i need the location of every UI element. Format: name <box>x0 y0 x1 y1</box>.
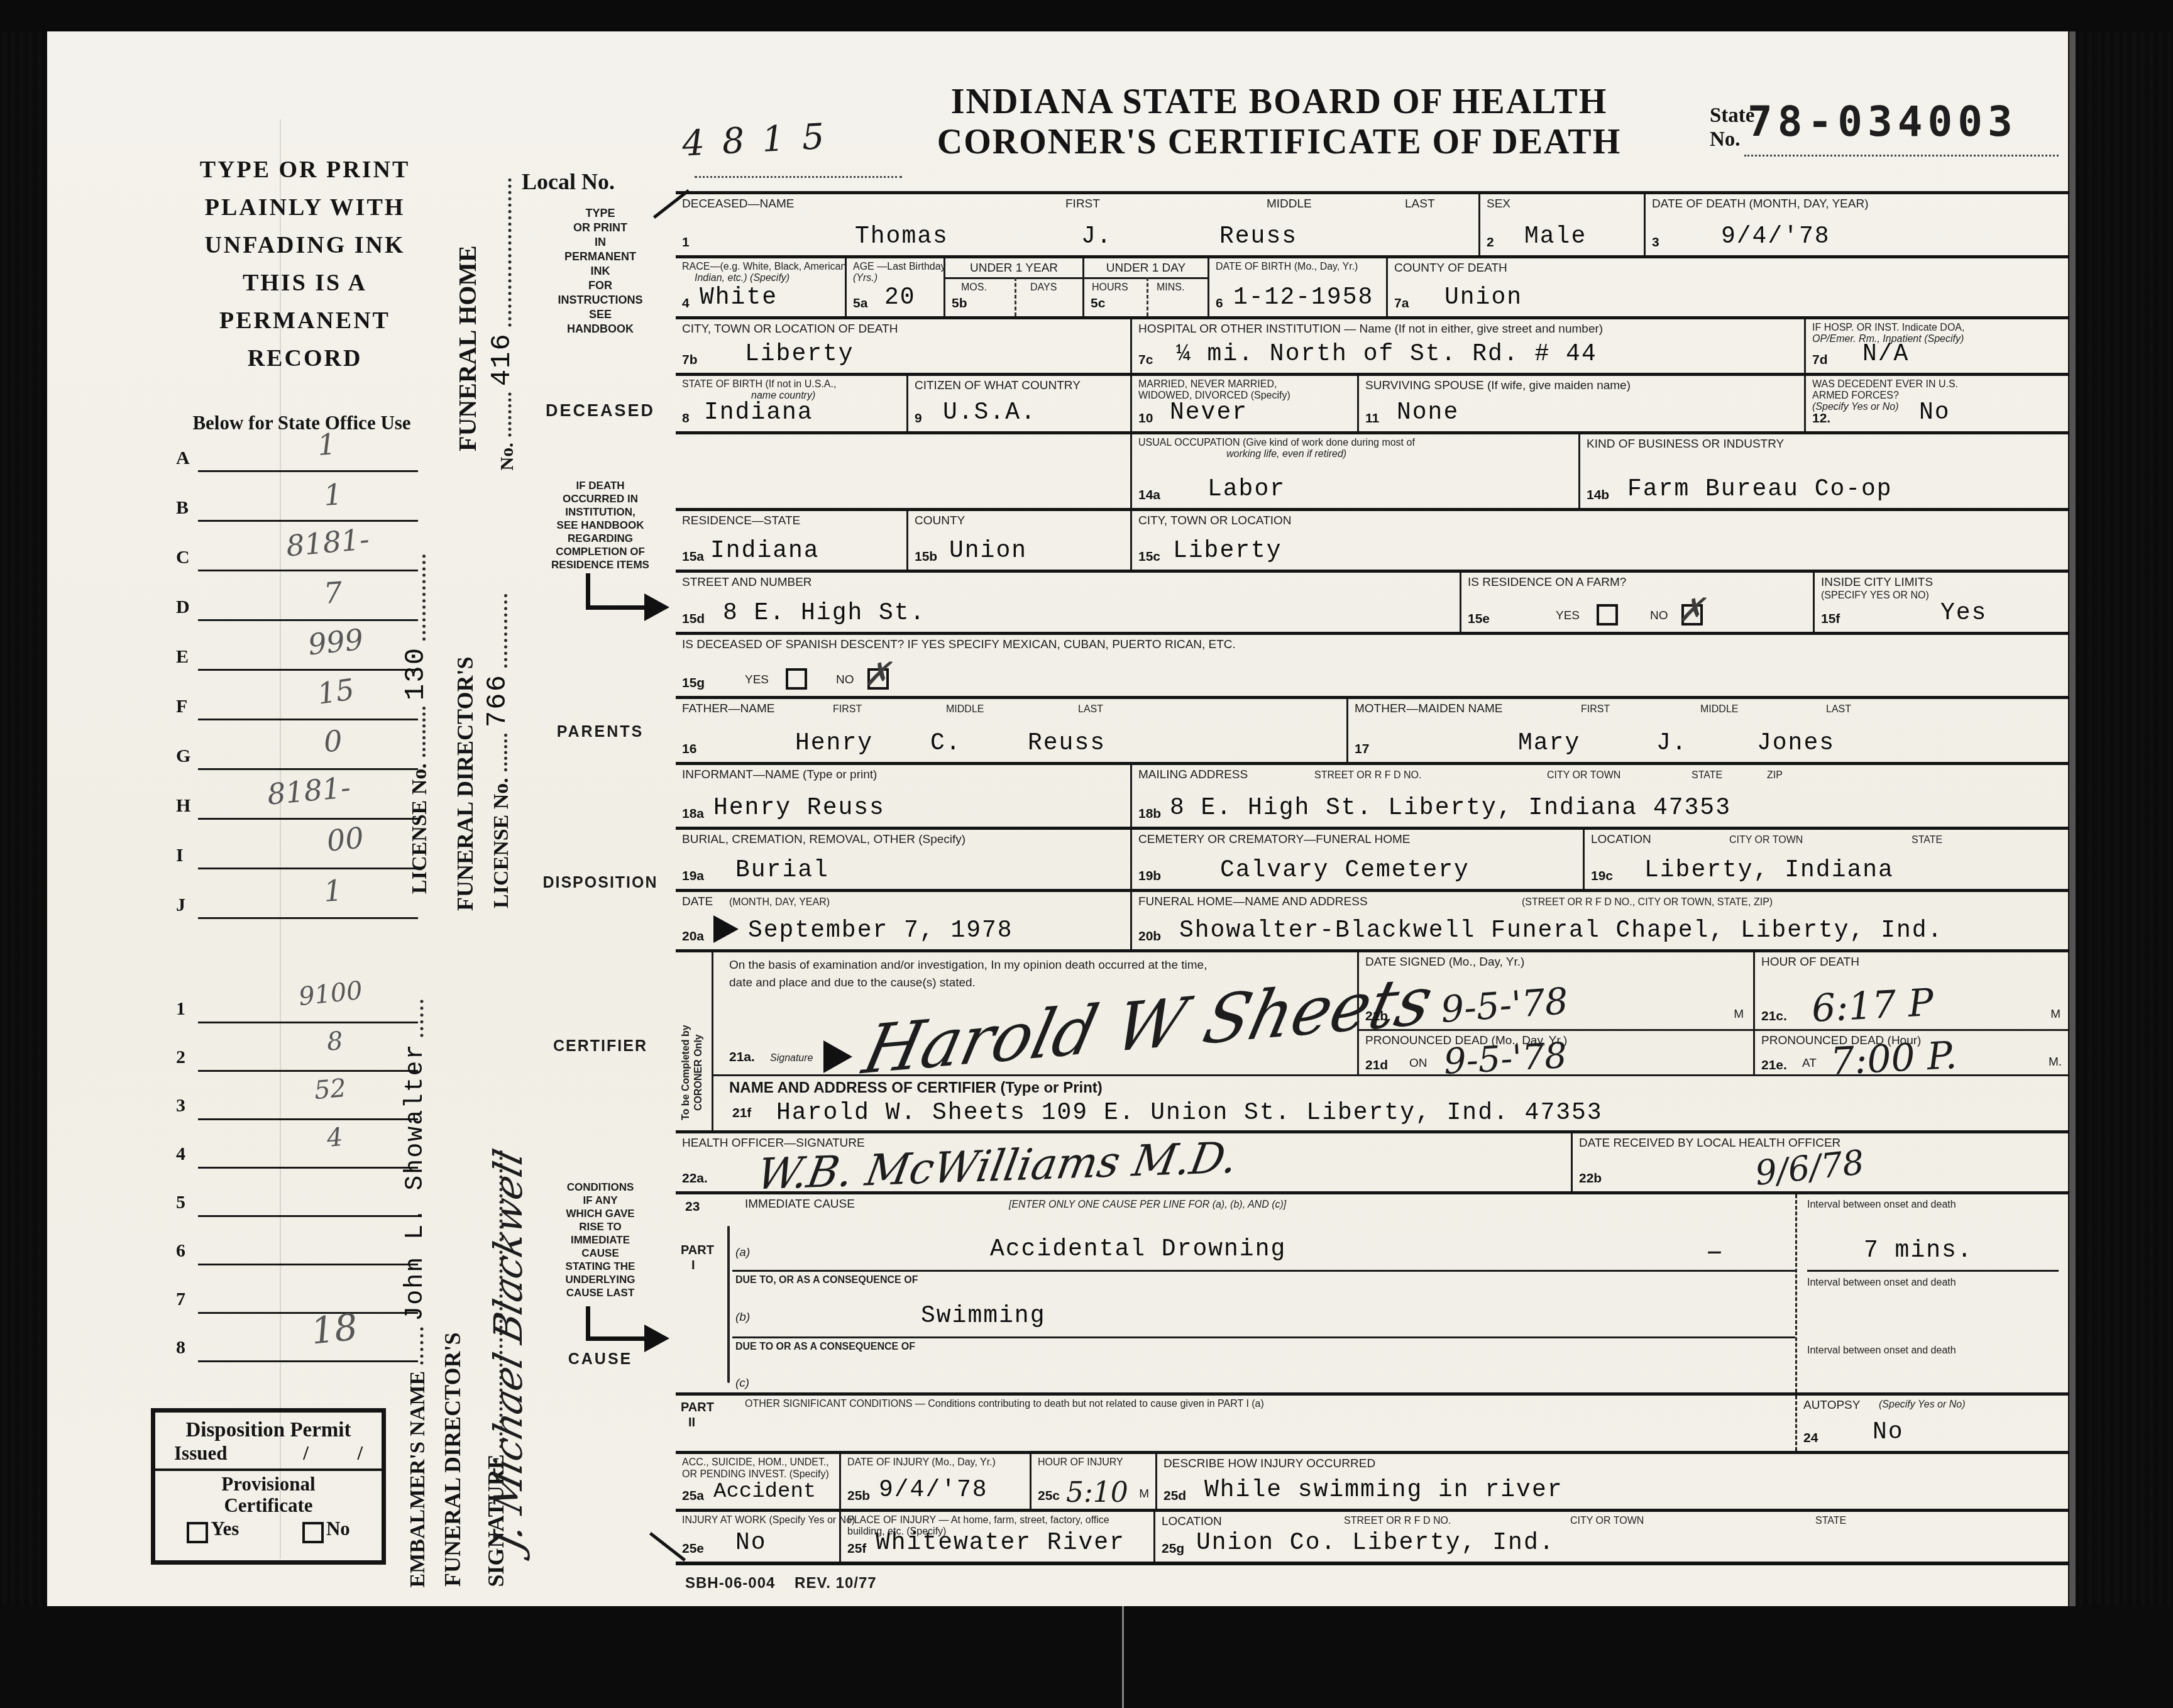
page-title: INDIANA STATE BOARD OF HEALTH CORONER'S … <box>864 82 1694 162</box>
deceased-name-label: DECEASED—NAME <box>682 197 794 211</box>
coroner-strip-text: To be Completed by CORONER Only <box>680 1025 705 1120</box>
field-no: 10 <box>1138 411 1153 426</box>
spouse-value: None <box>1397 399 1459 426</box>
if-hosp-label: IF HOSP. OR INST. Indicate DOA, <box>1812 322 1964 334</box>
funeral-home-text: FUNERAL HOME <box>453 245 482 451</box>
funeral-home-no-label: No. <box>497 443 518 470</box>
license-no-value: 130 <box>400 647 432 700</box>
city-death-value: Liberty <box>745 341 854 368</box>
part2-roman: II <box>688 1416 695 1430</box>
letter-row-label: D <box>176 597 190 618</box>
field-place-of-injury: PLACE OF INJURY — At home, farm, street,… <box>839 1512 1153 1562</box>
field-no: 20a <box>682 929 704 944</box>
street-value: 8 E. High St. <box>723 600 925 627</box>
blank-cell <box>676 434 1130 508</box>
number-row-line <box>198 1070 418 1072</box>
residence-state-value: Indiana <box>710 537 820 565</box>
interval-a-value: 7 mins. <box>1864 1237 1973 1264</box>
side-type-print: TYPE OR PRINT IN PERMANENT INK FOR INSTR… <box>544 206 657 336</box>
location-label: LOCATION <box>1591 833 1651 847</box>
number-row-label: 7 <box>176 1289 185 1310</box>
field-hospital: HOSPITAL OR OTHER INSTITUTION — Name (If… <box>1130 319 1804 373</box>
location-value: Liberty, Indiana <box>1644 857 1894 884</box>
field-no: 15g <box>682 676 705 691</box>
conditions-arrow-stem <box>586 1306 590 1341</box>
number-row-label: 2 <box>176 1047 185 1068</box>
field-no: 7c <box>1138 353 1153 368</box>
row-informant: INFORMANT—NAME (Type or print) 18a Henry… <box>676 762 2068 827</box>
residence-city-value: Liberty <box>1173 537 1282 565</box>
if-death-arrow-icon <box>644 593 669 621</box>
certifier-statement2: date and place and due to the cause(s) s… <box>729 976 976 990</box>
field-mother-name: MOTHER—MAIDEN NAME FIRST MIDDLE LAST 17 … <box>1346 699 2068 762</box>
field-no: 17 <box>1355 742 1369 757</box>
age-label: AGE —Last Birthday <box>853 262 946 273</box>
interval-label-a: Interval between onset and death <box>1807 1199 1956 1211</box>
field-no: 22a. <box>682 1171 708 1186</box>
deceased-middle: J. <box>1081 223 1113 250</box>
field-no: 14b <box>1587 488 1609 503</box>
interval-column-divider <box>1795 1194 1797 1392</box>
last-label: LAST <box>1405 197 1435 211</box>
sex-label: SEX <box>1487 197 1510 211</box>
hospital-value: ¼ mi. North of St. Rd. # 44 <box>1176 341 1597 368</box>
field-county-of-death: COUNTY OF DEATH 7a Union <box>1386 258 2068 316</box>
provisional-no-label: No <box>326 1518 350 1540</box>
letter-row-value: 1 <box>316 427 337 462</box>
field-no: 5c <box>1091 296 1105 311</box>
injury-date-label: DATE OF INJURY (Mo., Day, Yr.) <box>847 1457 996 1468</box>
letter-row-line <box>198 669 418 671</box>
letter-row-value: 15 <box>316 672 356 711</box>
field-no: 4 <box>682 296 690 311</box>
mother-last-label: LAST <box>1826 704 1851 715</box>
date-of-death-label: DATE OF DEATH (MONTH, DAY, YEAR) <box>1652 197 1869 211</box>
number-row-line <box>198 1167 418 1169</box>
injury-location-sub3: STATE <box>1815 1516 1846 1527</box>
fd-sig-label1-vertical: FUNERAL DIRECTOR'S <box>439 1304 466 1587</box>
row-part2: PART II OTHER SIGNIFICANT CONDITIONS — C… <box>676 1392 2068 1451</box>
hospital-label: HOSPITAL OR OTHER INSTITUTION — Name (If… <box>1138 322 1603 336</box>
occupation-label: USUAL OCCUPATION (Give kind of work done… <box>1138 438 1415 449</box>
cause-c-label: (c) <box>735 1377 749 1391</box>
mother-middle: J. <box>1656 730 1688 757</box>
hours-label: HOURS <box>1092 282 1128 294</box>
letter-row-value: 8181- <box>266 770 352 811</box>
citizen-value: U.S.A. <box>943 399 1037 426</box>
place-value: Whitewater River <box>876 1529 1125 1556</box>
injury-location-value: Union Co. Liberty, Ind. <box>1196 1529 1555 1556</box>
field-age: AGE —Last Birthday (Yrs.) 5a 20 <box>845 258 943 316</box>
side-certifier: CERTIFIER <box>528 1037 673 1055</box>
field-injury-location: LOCATION STREET OR R F D NO. CITY OR TOW… <box>1153 1512 2068 1562</box>
number-row-label: 4 <box>176 1143 185 1165</box>
race-label2: Indian, etc.) (Specify) <box>695 273 789 284</box>
certifier-name-value: Harold W. Sheets 109 E. Union St. Libert… <box>776 1099 1603 1127</box>
field-no: 2 <box>1487 235 1494 250</box>
field-no: 3 <box>1652 235 1659 250</box>
interval-label-b: Interval between onset and death <box>1807 1277 1956 1289</box>
field-father-name: FATHER—NAME FIRST MIDDLE LAST 16 Henry C… <box>676 699 1346 762</box>
date-of-death-value: 9/4/'78 <box>1721 223 1830 250</box>
date-signed-label: DATE SIGNED (Mo., Day, Yr.) <box>1365 956 1524 969</box>
father-first: Henry <box>795 730 873 757</box>
field-no: 15d <box>682 612 705 627</box>
injury-location-sub2: CITY OR TOWN <box>1570 1516 1644 1527</box>
field-date-of-birth: DATE OF BIRTH (Mo., Day, Yr.) 6 1-12-195… <box>1208 258 1386 316</box>
fd-sig-label1: FUNERAL DIRECTOR'S <box>439 1333 466 1587</box>
letter-row-line <box>198 520 418 522</box>
disposition-permit-box: Disposition Permit Issued / / Provisiona… <box>151 1408 386 1565</box>
field-no: 24 <box>1803 1431 1818 1446</box>
field-citizen: CITIZEN OF WHAT COUNTRY 9 U.S.A. <box>906 376 1130 431</box>
injury-location-sub1: STREET OR R F D NO. <box>1344 1516 1451 1527</box>
title-line2: CORONER'S CERTIFICATE OF DEATH <box>864 122 1694 162</box>
field-state-of-birth: STATE OF BIRTH (If not in U.S.A., name c… <box>676 376 906 431</box>
provisional-label1: Provisional <box>155 1474 382 1495</box>
part2-label: PART <box>681 1401 714 1415</box>
field-autopsy: AUTOPSY (Specify Yes or No) 24 No <box>1795 1396 2068 1451</box>
farm-label: IS RESIDENCE ON A FARM? <box>1468 576 1626 590</box>
number-row-label: 1 <box>176 998 185 1020</box>
mailing-sub3: STATE <box>1692 770 1722 781</box>
marital-value: Never <box>1170 399 1248 426</box>
letter-row-label: B <box>176 497 189 519</box>
field-no: 19a <box>682 869 704 884</box>
letter-row-value: 1 <box>322 873 343 908</box>
field-health-officer: HEALTH OFFICER—SIGNATURE 22a. W.B. McWil… <box>676 1133 1571 1191</box>
field-no: 22b <box>1579 1171 1602 1186</box>
father-first-label: FIRST <box>833 704 862 715</box>
field-no: 5b <box>952 296 967 311</box>
age-value: 20 <box>884 284 916 311</box>
forces-label: WAS DECEDENT EVER IN U.S. <box>1812 379 1958 390</box>
letter-row-label: J <box>176 895 185 916</box>
farm-no-label: NO <box>1650 609 1668 623</box>
field-no: 21d <box>1365 1058 1388 1073</box>
field-cemetery: CEMETERY OR CREMATORY—FUNERAL HOME 19b C… <box>1130 830 1583 889</box>
part1-brace <box>727 1226 730 1383</box>
date-arrow-icon <box>713 915 739 943</box>
field-no: 21b <box>1365 1009 1388 1024</box>
field-no: 15b <box>915 549 937 565</box>
disposition-date-label2: (MONTH, DAY, YEAR) <box>729 897 830 908</box>
disposition-date-label: DATE <box>682 895 713 909</box>
letter-row-line <box>198 619 418 621</box>
date-signed-value: 9-5-'78 <box>1439 979 1570 1031</box>
letter-row-value: 1 <box>322 477 343 512</box>
license-no-vertical: LICENSE No. 130 <box>404 548 432 894</box>
field-no: 25b <box>847 1489 870 1504</box>
field-street: STREET AND NUMBER 15d 8 E. High St. <box>676 573 1460 632</box>
cemetery-value: Calvary Cemetery <box>1220 857 1470 884</box>
burial-value: Burial <box>735 857 829 884</box>
number-row-label: 6 <box>176 1240 185 1262</box>
field-residence-county: COUNTY 15b Union <box>906 511 1130 570</box>
field-industry: KIND OF BUSINESS OR INDUSTRY 14b Farm Bu… <box>1578 434 2068 508</box>
state-no-line <box>1744 155 2059 157</box>
field-residence-state: RESIDENCE—STATE 15a Indiana <box>676 511 906 570</box>
number-row-value: 4 <box>326 1123 344 1153</box>
field-no: 14a <box>1138 488 1160 503</box>
industry-value: Farm Bureau Co-op <box>1627 476 1893 503</box>
due-to-label1: DUE TO, OR AS A CONSEQUENCE OF <box>735 1275 918 1286</box>
coroner-strip: To be Completed by CORONER Only <box>676 952 713 1130</box>
field-no: 15e <box>1468 612 1490 627</box>
field-hour-of-death: HOUR OF DEATH 21c. 6:17 P M <box>1753 952 2068 1029</box>
mos-label: MOS. <box>961 282 987 294</box>
field-no: 11 <box>1365 411 1379 426</box>
other-conditions-label: OTHER SIGNIFICANT CONDITIONS — Condition… <box>745 1399 1264 1410</box>
field-no: 19b <box>1138 869 1161 884</box>
field-race: RACE—(e.g. White, Black, American Indian… <box>676 258 845 316</box>
if-hosp-value: N/A <box>1862 341 1909 368</box>
field-residence-city: CITY, TOWN OR LOCATION 15c Liberty <box>1130 511 2068 570</box>
local-no-line <box>695 176 902 178</box>
scan-bottom-bar <box>0 1606 2173 1708</box>
cause-block: 23 IMMEDIATE CAUSE [ENTER ONLY ONE CAUSE… <box>676 1194 2068 1392</box>
number-row-label: 3 <box>176 1095 185 1116</box>
row-certifier: To be Completed by CORONER Only On the b… <box>676 949 2068 1130</box>
field-no: 18a <box>682 807 704 822</box>
field-date-received: DATE RECEIVED BY LOCAL HEALTH OFFICER 22… <box>1571 1133 2068 1191</box>
certifier-name-label: NAME AND ADDRESS OF CERTIFIER (Type or P… <box>729 1079 1103 1097</box>
cemetery-label: CEMETERY OR CREMATORY—FUNERAL HOME <box>1138 833 1411 847</box>
injury-hour-label: HOUR OF INJURY <box>1038 1457 1123 1468</box>
residence-state-label: RESIDENCE—STATE <box>682 514 800 528</box>
limits-label2: (SPECIFY YES OR NO) <box>1821 590 1929 602</box>
field-no: 25f <box>847 1541 866 1556</box>
pronounced-at-label: AT <box>1802 1057 1817 1071</box>
funeral-home-no-vertical: No. 416 <box>489 172 518 471</box>
residence-county-value: Union <box>949 537 1027 565</box>
mother-first-label: FIRST <box>1581 704 1610 715</box>
city-death-label: CITY, TOWN OR LOCATION OF DEATH <box>682 322 898 336</box>
cause-a-dash: – <box>1707 1232 1722 1269</box>
field-no: 21c. <box>1761 1009 1787 1024</box>
mother-label: MOTHER—MAIDEN NAME <box>1355 702 1502 716</box>
embalmer-vertical: EMBALMER'S NAME John L. Showalter <box>401 994 430 1588</box>
race-value: White <box>700 284 778 311</box>
injury-hour-value: 5:10 <box>1066 1477 1128 1509</box>
location-sub2: STATE <box>1912 835 1942 846</box>
injury-date-value: 9/4/'78 <box>879 1477 988 1504</box>
license-no-label: LICENSE No. <box>408 763 432 894</box>
field-city-of-death: CITY, TOWN OR LOCATION OF DEATH 7b Liber… <box>676 319 1130 373</box>
fd-signature-vertical: J. Michael Blackwell <box>487 921 531 1550</box>
side-cause: CAUSE <box>534 1350 666 1369</box>
number-row-line <box>198 1118 418 1120</box>
signature-arrow-icon <box>823 1040 852 1073</box>
field-no: 7a <box>1394 296 1409 311</box>
field-no: 19c <box>1591 869 1613 884</box>
deceased-last: Reuss <box>1219 223 1297 250</box>
number-row-value: 52 <box>313 1074 348 1105</box>
days-label: DAYS <box>1030 282 1057 294</box>
occupation-value: Labor <box>1208 476 1285 503</box>
field-injury-at-work: INJURY AT WORK (Specify Yes or No) 25e N… <box>676 1512 839 1562</box>
letter-row-value: 0 <box>322 724 343 759</box>
field-no: 15a <box>682 549 704 565</box>
signature-underline <box>713 1074 2068 1076</box>
fd-license-label: LICENSE No. <box>490 778 514 908</box>
field-no: 23 <box>685 1199 700 1215</box>
fd-signature-value: J. Michael Blackwell <box>485 1145 531 1555</box>
injury-hour-m: M <box>1139 1487 1149 1501</box>
number-row-label: 8 <box>176 1337 185 1358</box>
field-no: 15c <box>1138 549 1160 565</box>
father-label: FATHER—NAME <box>682 702 774 716</box>
letter-row-value: 7 <box>322 575 343 610</box>
residence-county-label: COUNTY <box>915 514 965 528</box>
location-sub1: CITY OR TOWN <box>1729 835 1803 846</box>
number-row-value: 9100 <box>297 976 364 1011</box>
letter-row-line <box>198 719 418 720</box>
letter-row-value: 999 <box>306 622 365 662</box>
field-no: 25d <box>1164 1489 1186 1504</box>
under1yr-label: UNDER 1 YEAR <box>945 262 1082 275</box>
farm-no-x-mark: ✗ <box>1678 592 1705 629</box>
interval-a-line <box>1807 1270 2059 1272</box>
field-no: 25g <box>1162 1541 1184 1556</box>
first-label: FIRST <box>1065 197 1100 211</box>
field-how-injury: DESCRIBE HOW INJURY OCCURRED 25d While s… <box>1155 1454 2068 1509</box>
occupation-label2: working life, even if retired) <box>1226 449 1346 460</box>
provisional-no-checkbox <box>302 1522 324 1543</box>
field-hour-of-injury: HOUR OF INJURY 25c 5:10 M <box>1030 1454 1155 1509</box>
field-if-hosp: IF HOSP. OR INST. Indicate DOA, OP/Emer.… <box>1804 319 2068 373</box>
forces-value: No <box>1919 399 1950 426</box>
conditions-arrow-icon <box>644 1325 669 1352</box>
field-date-signed: DATE SIGNED (Mo., Day, Yr.) 21b 9-5-'78 … <box>1357 952 1753 1029</box>
mother-first: Mary <box>1518 730 1580 757</box>
embalmer-label: EMBALMER'S NAME <box>406 1371 430 1588</box>
field-sex: SEX 2 Male <box>1478 194 1644 255</box>
number-row-line <box>198 1022 418 1023</box>
state-birth-value: Indiana <box>704 399 813 426</box>
field-no: 16 <box>682 742 696 757</box>
state-office-heading: Below for State Office Use <box>132 412 471 434</box>
number-row-value: 18 <box>309 1305 360 1352</box>
letter-row-line <box>198 768 418 770</box>
age-label2: (Yrs.) <box>853 273 877 284</box>
father-last-label: LAST <box>1078 704 1103 715</box>
field-no: 15f <box>1821 612 1840 627</box>
row-parents: FATHER—NAME FIRST MIDDLE LAST 16 Henry C… <box>676 696 2068 762</box>
limits-value: Yes <box>1940 600 1987 627</box>
mins-label: MINS. <box>1157 282 1184 294</box>
if-death-arrow-shaft <box>586 605 652 610</box>
number-row-line <box>198 1312 418 1314</box>
spanish-label: IS DECEASED OF SPANISH DESCENT? IF YES S… <box>682 638 1236 652</box>
number-row-label: 5 <box>176 1192 185 1213</box>
field-no: 9 <box>915 411 922 426</box>
injury-location-label: LOCATION <box>1162 1515 1222 1529</box>
field-burial: BURIAL, CREMATION, REMOVAL, OTHER (Speci… <box>676 830 1130 889</box>
mailing-sub4: ZIP <box>1767 770 1783 781</box>
sig-no: 21a. <box>729 1050 755 1065</box>
field-no: 21f <box>732 1106 751 1121</box>
marital-label: MARRIED, NEVER MARRIED, <box>1138 379 1277 390</box>
letter-row-label: H <box>176 795 190 817</box>
mailing-label: MAILING ADDRESS <box>1138 768 1248 782</box>
row-cause: 23 IMMEDIATE CAUSE [ENTER ONLY ONE CAUSE… <box>676 1191 2068 1392</box>
field-no: 6 <box>1216 296 1223 311</box>
citizen-label: CITIZEN OF WHAT COUNTRY <box>915 379 1081 393</box>
row-health-officer: HEALTH OFFICER—SIGNATURE 22a. W.B. McWil… <box>676 1130 2068 1191</box>
spanish-yes-label: YES <box>745 673 769 687</box>
sex-value: Male <box>1524 223 1587 250</box>
part1-roman: I <box>691 1259 695 1273</box>
field-marital: MARRIED, NEVER MARRIED, WIDOWED, DIVORCE… <box>1130 376 1357 431</box>
immediate-cause-label: IMMEDIATE CAUSE <box>745 1198 855 1211</box>
number-row-line <box>198 1360 418 1362</box>
cause-b-value: Swimming <box>921 1303 1045 1330</box>
spanish-yes-checkbox <box>786 668 807 690</box>
cause-a-label: (a) <box>735 1246 750 1260</box>
hour-death-m: M <box>2050 1008 2060 1022</box>
side-disposition: DISPOSITION <box>522 874 679 892</box>
letter-row-line <box>198 570 418 571</box>
side-conditions: CONDITIONS IF ANY WHICH GAVE RISE TO IMM… <box>537 1181 663 1299</box>
row-disposition: BURIAL, CREMATION, REMOVAL, OTHER (Speci… <box>676 827 2068 889</box>
field-armed-forces: WAS DECEDENT EVER IN U.S. ARMED FORCES? … <box>1804 376 2068 431</box>
field-city-limits: INSIDE CITY LIMITS (SPECIFY YES OR NO) 1… <box>1813 573 2068 632</box>
field-no: 20b <box>1138 929 1161 944</box>
field-no: 7d <box>1812 353 1828 368</box>
due-to-label2: DUE TO OR AS A CONSEQUENCE OF <box>735 1342 915 1353</box>
local-no-label: Local No. <box>522 168 615 195</box>
mailing-sub2: CITY OR TOWN <box>1547 770 1620 781</box>
scanned-death-certificate: { "header": { "local_no_label": "Local N… <box>0 0 2173 1708</box>
spanish-no-x-mark: ✗ <box>864 656 891 693</box>
fd-license-value: 766 <box>482 674 514 727</box>
state-no-stamp: 78-034003 <box>1747 97 2018 146</box>
certificate-paper: Local No. 4815 INDIANA STATE BOARD OF HE… <box>47 31 2068 1606</box>
funeral-home-sub: (STREET OR R F D NO., CITY OR TOWN, STAT… <box>1522 897 1773 908</box>
state-birth-label: STATE OF BIRTH (If not in U.S.A., <box>682 379 836 390</box>
certifier-statement1: On the basis of examination and/or inves… <box>729 959 1207 972</box>
disposition-issued-slashes: / / <box>303 1442 363 1465</box>
cause-a-value: Accidental Drowning <box>990 1236 1286 1263</box>
side-parents: PARENTS <box>531 723 669 741</box>
funeral-directors-text: FUNERAL DIRECTOR'S <box>452 657 478 911</box>
funeral-home-vertical-label: FUNERAL HOME <box>457 278 482 451</box>
field-mailing-address: MAILING ADDRESS STREET OR R F D NO. CITY… <box>1130 765 2068 827</box>
side-if-death: IF DEATH OCCURRED IN INSTITUTION, SEE HA… <box>534 479 666 571</box>
provisional-label2: Certificate <box>155 1495 382 1516</box>
row-deceased-name: DECEASED—NAME FIRST MIDDLE LAST 1 Thomas… <box>676 191 2068 255</box>
funeral-home-label: FUNERAL HOME—NAME AND ADDRESS <box>1138 895 1368 909</box>
field-deceased-name: DECEASED—NAME FIRST MIDDLE LAST 1 Thomas… <box>676 194 1478 255</box>
dob-value: 1-12-1958 <box>1233 284 1373 311</box>
letter-row-line <box>198 868 418 869</box>
pronounced-hour-m: M. <box>2049 1055 2062 1069</box>
field-no: 8 <box>682 411 690 426</box>
acc-label2: OR PENDING INVEST. (Specify) <box>682 1469 829 1480</box>
field-pronounced-date: PRONOUNCED DEAD (Mo., Day, Yr.) 21d ON 9… <box>1357 1029 1753 1076</box>
cause-a-line <box>732 1270 1795 1272</box>
field-occupation: USUAL OCCUPATION (Give kind of work done… <box>1130 434 1578 508</box>
letter-row-label: I <box>176 845 184 866</box>
father-middle: C. <box>930 730 962 757</box>
scan-top-bar <box>0 0 2173 31</box>
field-informant: INFORMANT—NAME (Type or print) 18a Henry… <box>676 765 1130 827</box>
row-occupation: USUAL OCCUPATION (Give kind of work done… <box>676 431 2068 508</box>
disposition-title: Disposition Permit <box>155 1419 382 1442</box>
row-spanish-descent: IS DECEASED OF SPANISH DESCENT? IF YES S… <box>676 632 2068 696</box>
county-label: COUNTY OF DEATH <box>1394 262 1507 275</box>
